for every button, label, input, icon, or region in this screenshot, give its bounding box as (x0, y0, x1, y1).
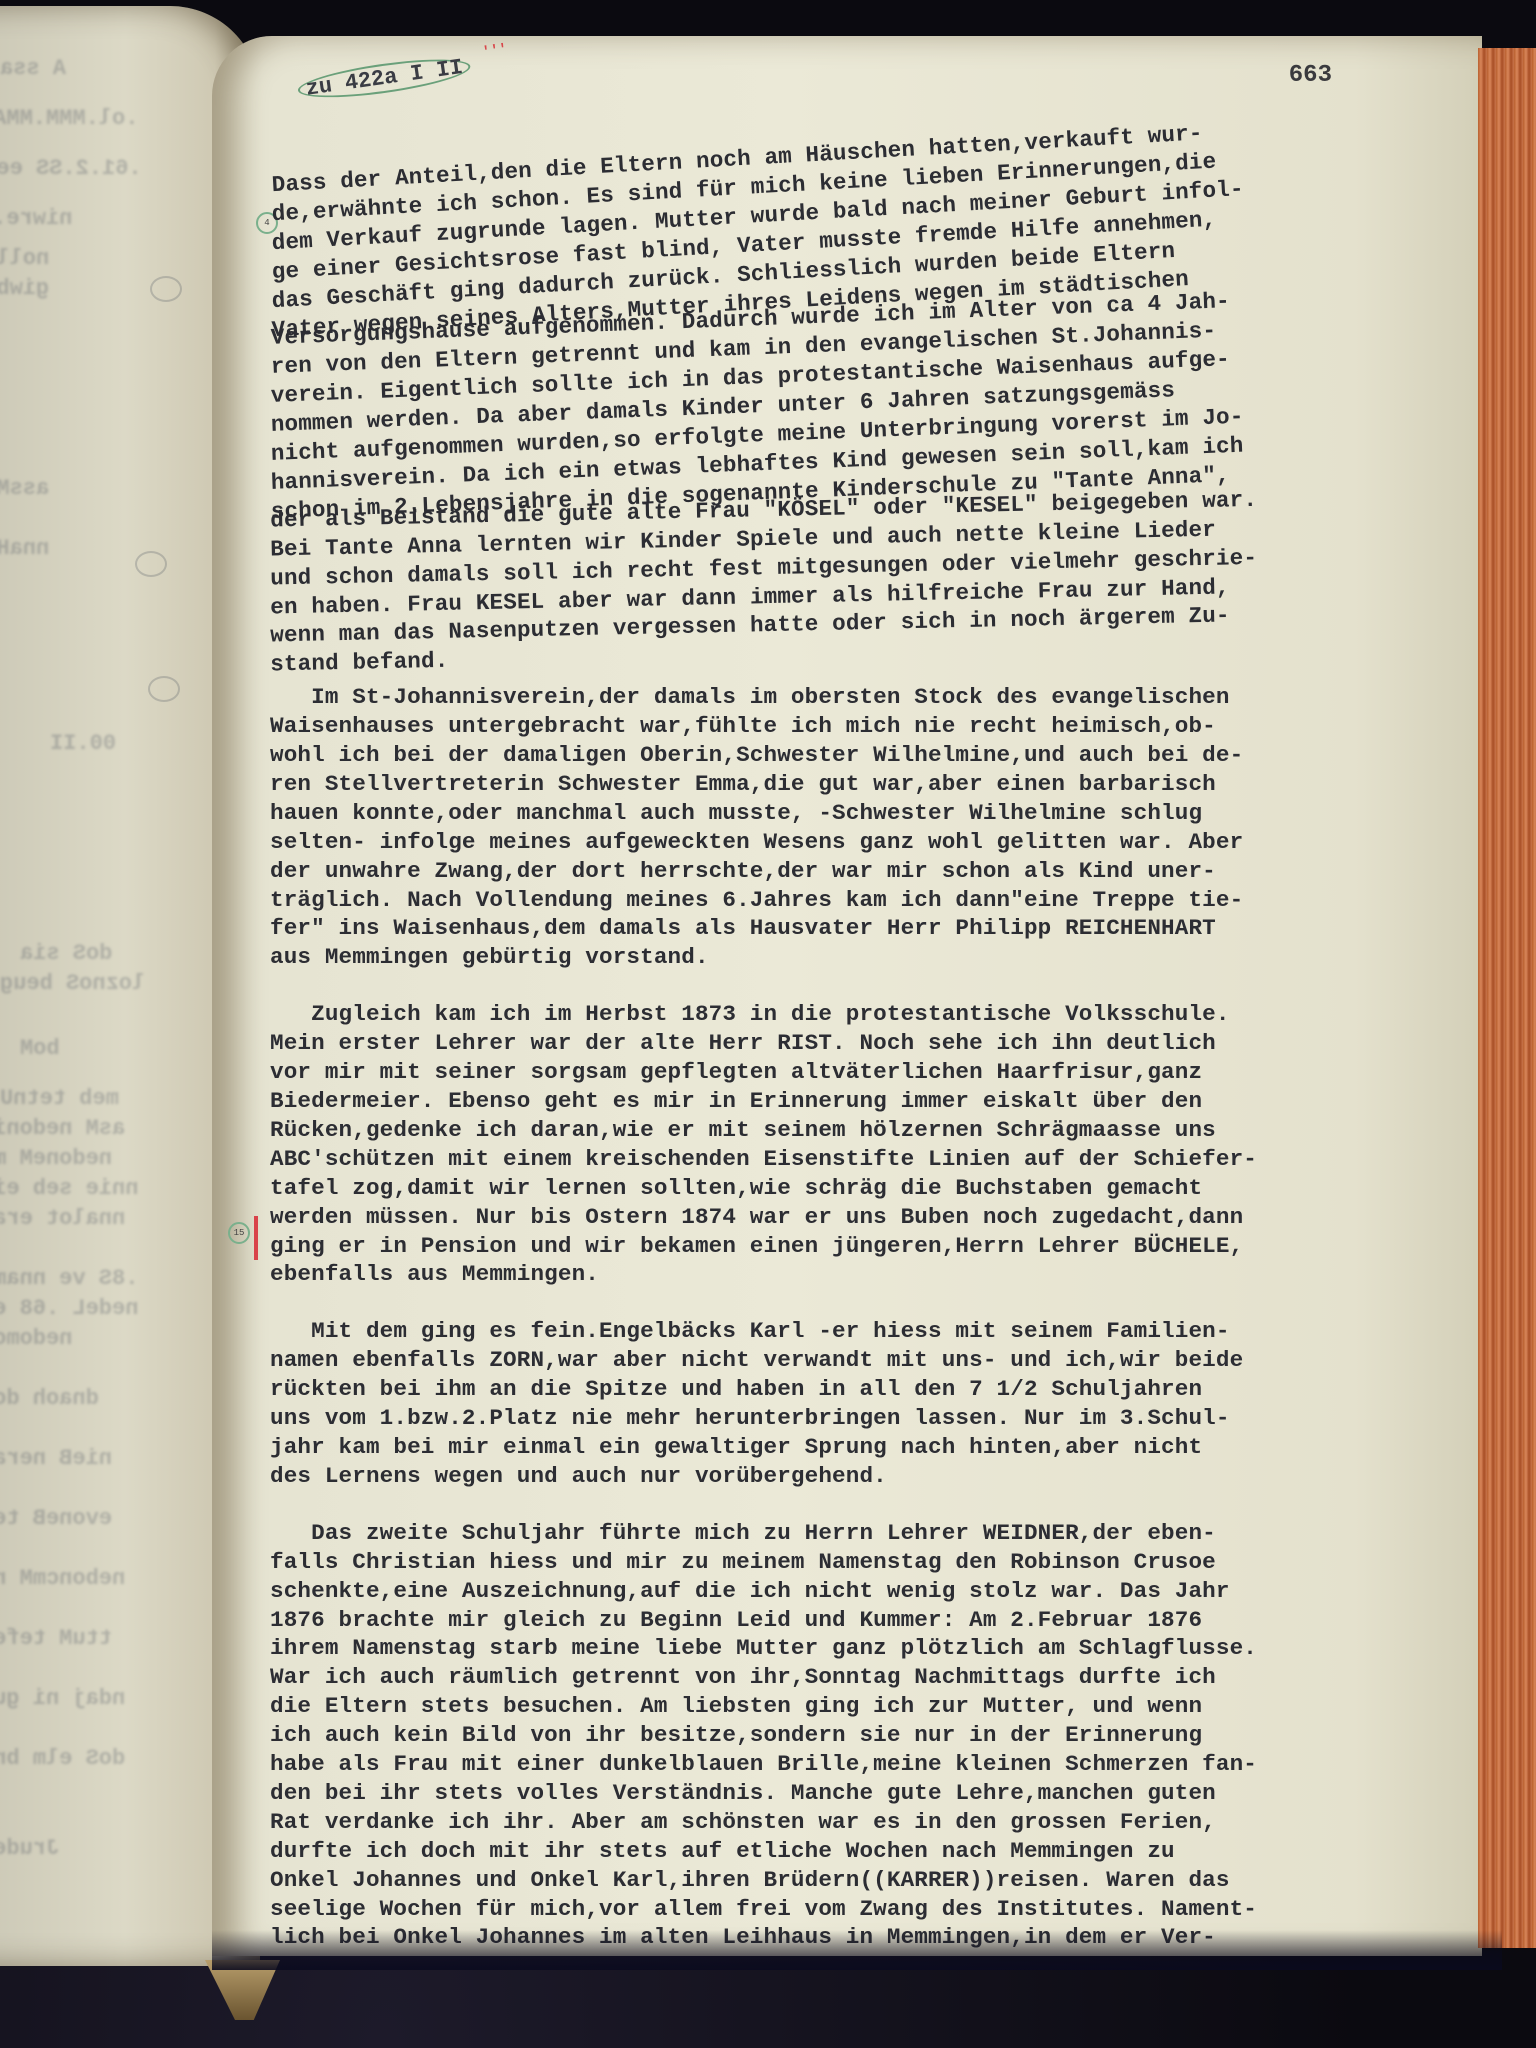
text-line: die Eltern stets besuchen. Am liebsten g… (270, 1692, 1440, 1721)
text-line: Zugleich kam ich im Herbst 1873 in die p… (270, 1000, 1440, 1029)
text-line: ich auch kein Bild von ihr besitze,sonde… (270, 1721, 1440, 1750)
reference-label: zu 422a I II ′′′ (296, 48, 510, 102)
margin-circle-mark: 15 (228, 1222, 250, 1244)
text-line: vor mir mit seiner sorgsam gepflegten al… (270, 1058, 1440, 1087)
bleed-through-text: loznoS beug (0, 971, 145, 996)
text-line: durfte ich doch mit ihr stets auf etlich… (270, 1837, 1440, 1866)
text-line: rückten bei ihm an die Spitze und haben … (270, 1375, 1440, 1404)
paragraph: Im St-Johannisverein,der damals im obers… (270, 683, 1440, 972)
bleed-through-text: .8S ve nnamu (0, 1266, 138, 1291)
text-line: ABC'schützen mit einem kreischenden Eise… (270, 1145, 1440, 1174)
bleed-through-circle (150, 276, 182, 302)
bleed-through-text: ttuM tefes (0, 1626, 112, 1651)
bleed-through-text: meb tetnU (0, 1086, 119, 1111)
bleed-through-circle (135, 551, 167, 577)
red-tick-marks: ′′′ (481, 42, 508, 61)
text-line: Rat verdanke ich ihr. Aber am schönsten … (270, 1808, 1440, 1837)
text-line: Biedermeier. Ebenso geht es mir in Erinn… (270, 1087, 1440, 1116)
bleed-through-text: ndaj ni guf (0, 1686, 125, 1711)
text-line: hauen konnte,oder manchmal auch musste, … (270, 799, 1440, 828)
bleed-through-text: nnie seb eib (0, 1176, 138, 1201)
bleed-through-text: nollat (0, 246, 49, 271)
text-line: werden müssen. Nur bis Ostern 1874 war e… (270, 1203, 1440, 1232)
text-line: Im St-Johannisverein,der damals im obers… (270, 683, 1440, 712)
paragraph: Zugleich kam ich im Herbst 1873 in die p… (270, 1000, 1440, 1289)
page-number: 663 (1289, 62, 1332, 89)
bleed-through-text: doS elm bna (0, 1746, 125, 1771)
text-line: Mit dem ging es fein.Engelbäcks Karl -er… (270, 1317, 1440, 1346)
bleed-through-text: nieB nerab (0, 1446, 112, 1471)
text-line: fer" ins Waisenhaus,dem damals als Hausv… (270, 914, 1440, 943)
bleed-through-text: .ol.MMM.MMAR (0, 106, 138, 131)
text-line: Das zweite Schuljahr führte mich zu Herr… (270, 1519, 1440, 1548)
text-line: den bei ihr stets volles Verständnis. Ma… (270, 1779, 1440, 1808)
bleed-through-text: doS sia (20, 941, 112, 966)
text-line: aus Memmingen gebürtig vorstand. (270, 943, 1440, 972)
text-line: wohl ich bei der damaligen Oberin,Schwes… (270, 741, 1440, 770)
bleed-through-text: A ssa (0, 56, 66, 81)
text-line: habe als Frau mit einer dunkelblauen Bri… (270, 1750, 1440, 1779)
text-line: ging er in Pension und wir bekamen einen… (270, 1232, 1440, 1261)
text-line: schenkte,eine Auszeichnung,auf die ich n… (270, 1577, 1440, 1606)
page-shadow (212, 1930, 1502, 1970)
text-line: Onkel Johannes und Onkel Karl,ihren Brüd… (270, 1866, 1440, 1895)
text-line: uns vom 1.bzw.2.Platz nie mehr herunterb… (270, 1404, 1440, 1433)
text-line: namen ebenfalls ZORN,war aber nicht verw… (270, 1346, 1440, 1375)
text-line: tafel zog,damit wir lernen sollten,wie s… (270, 1174, 1440, 1203)
bleed-through-text: nedeL .68 ei (0, 1296, 138, 1321)
bleed-through-text: Jrudeg (0, 1836, 59, 1861)
text-line: selten- infolge meines aufgeweckten Wese… (270, 828, 1440, 857)
text-line: Waisenhauses untergebracht war,fühlte ic… (270, 712, 1440, 741)
paragraph: Das zweite Schuljahr führte mich zu Herr… (270, 1519, 1440, 1956)
text-line: jahr kam bei mir einmal ein gewaltiger S… (270, 1433, 1440, 1462)
bleed-through-circle (148, 676, 180, 702)
bleed-through-text: boM (20, 1036, 60, 1061)
bleed-through-text: nedoneM mi (0, 1146, 112, 1171)
text-line: Rücken,gedenke ich daran,wie er mit sein… (270, 1116, 1440, 1145)
bleed-through-text: niwre.1 (0, 206, 72, 231)
text-line: träglich. Nach Vollendung meines 6.Jahre… (270, 886, 1440, 915)
bleed-through-text: 00.II (50, 731, 116, 756)
bleed-through-text: neboncmM na (0, 1566, 125, 1591)
paragraph: Mit dem ging es fein.Engelbäcks Karl -er… (270, 1317, 1440, 1490)
bleed-through-text: dnaoh doM (0, 1386, 99, 1411)
text-line: des Lernens wegen und auch nur vorüberge… (270, 1462, 1440, 1491)
typed-text-body: Dass der Anteil,den die Eltern noch am H… (270, 106, 1440, 1956)
bleed-through-text: .61.2.SS ee.1 (0, 156, 142, 181)
text-line: War ich auch räumlich getrennt von ihr,S… (270, 1663, 1440, 1692)
text-line: Mein erster Lehrer war der alte Herr RIS… (270, 1029, 1440, 1058)
bleed-through-text: nnaH.3 (0, 536, 49, 561)
text-line: falls Christian hiess und mir zu meinem … (270, 1548, 1440, 1577)
right-page: zu 422a I II ′′′ 663 4 15 Dass der Antei… (212, 36, 1482, 1956)
paragraph: Dass der Anteil,den die Eltern noch am H… (270, 106, 1440, 655)
text-line: ren Stellvertreterin Schwester Emma,die … (270, 770, 1440, 799)
text-line: ebenfalls aus Memmingen. (270, 1260, 1440, 1289)
bleed-through-text: nnalot erat (0, 1206, 125, 1231)
bleed-through-text: evoneB tej (0, 1506, 112, 1531)
bleed-through-text: giwbuJ (0, 276, 49, 301)
text-line: 1876 brachte mir gleich zu Beginn Leid u… (270, 1606, 1440, 1635)
text-line: ihrem Namenstag starb meine liebe Mutter… (270, 1634, 1440, 1663)
margin-red-bar (254, 1216, 258, 1260)
text-line: seelige Wochen für mich,vor allem frei v… (270, 1895, 1440, 1924)
page-edges (1478, 48, 1536, 1948)
bleed-through-text: nedomov (0, 1326, 72, 1351)
bleed-through-text: asM nedonil (0, 1116, 125, 1141)
text-line: der unwahre Zwang,der dort herrschte,der… (270, 857, 1440, 886)
bleed-through-text: assM.2 (0, 476, 49, 501)
